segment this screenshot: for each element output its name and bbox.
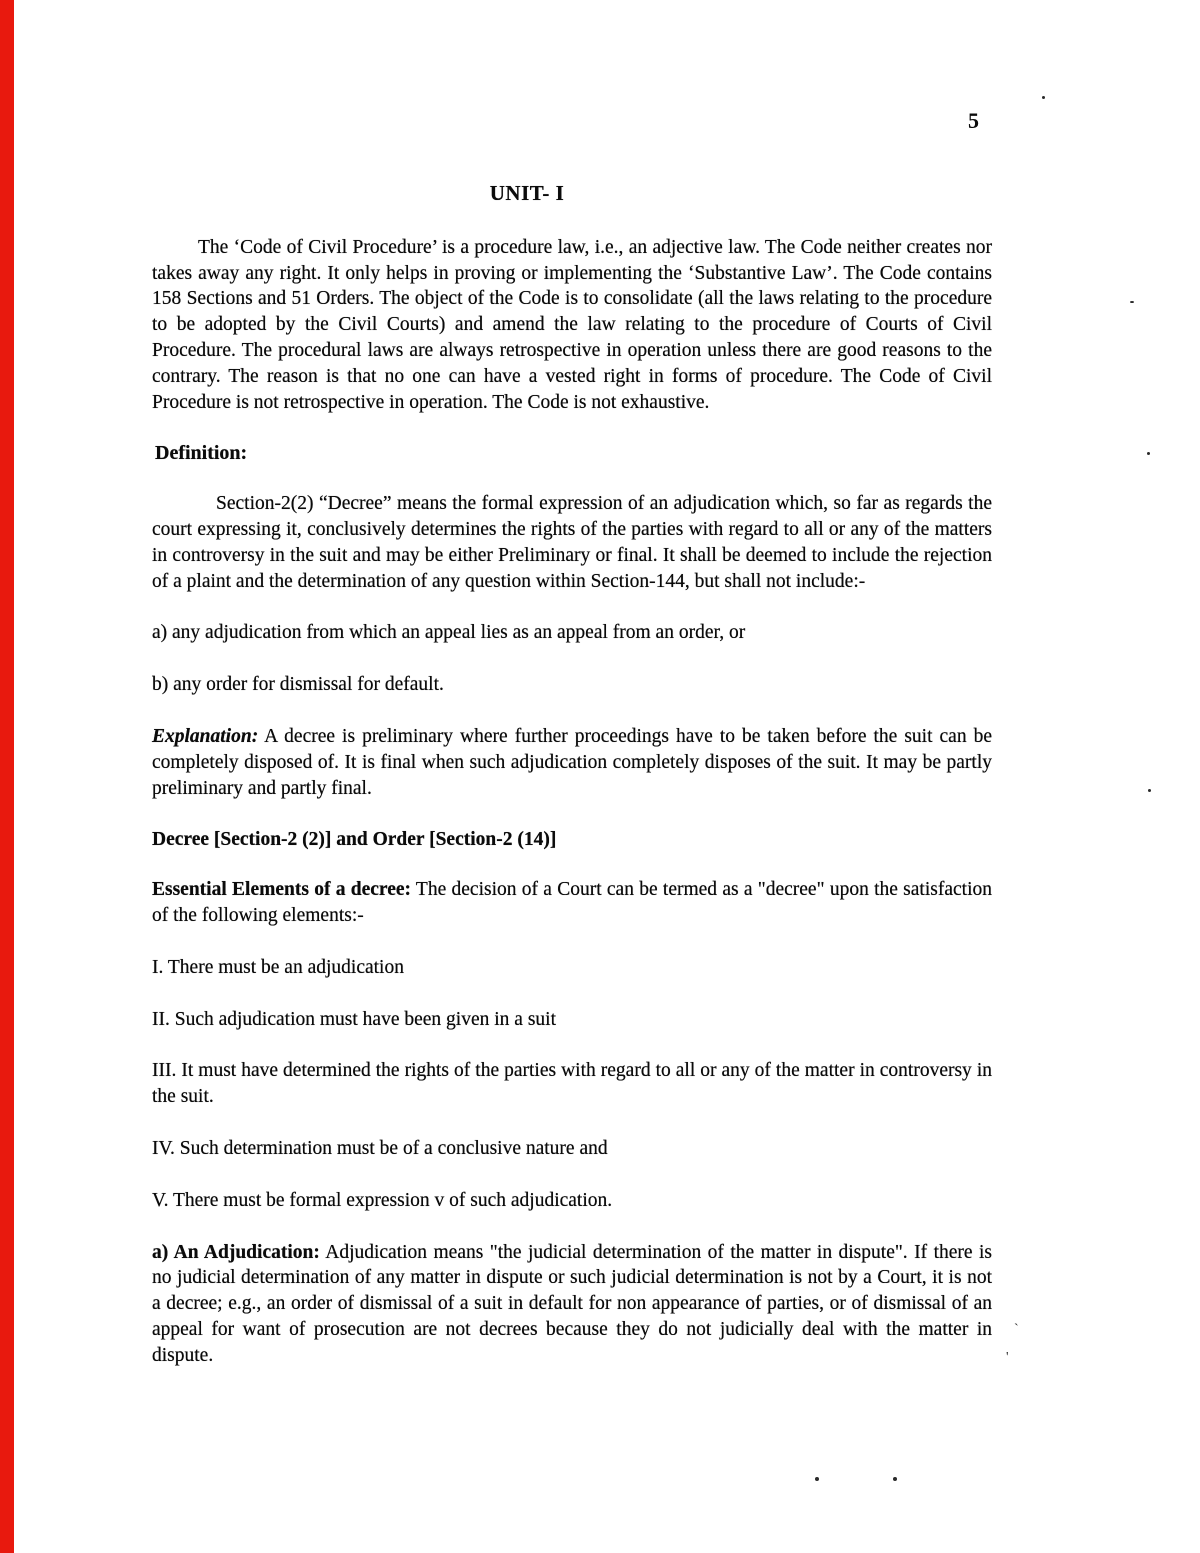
intro-paragraph: The ‘Code of Civil Procedure’ is a proce… [152, 235, 992, 416]
scan-speck: ` [1014, 1322, 1019, 1338]
explanation-label: Explanation: [152, 726, 258, 747]
red-edge-strip [0, 0, 14, 1553]
essential-elements-paragraph: Essential Elements of a decree: The deci… [152, 877, 992, 929]
scan-speck [1042, 96, 1045, 99]
decree-definition-paragraph: Section-2(2) “Decree” means the formal e… [152, 491, 992, 594]
decree-order-heading: Decree [Section-2 (2)] and Order [Sectio… [152, 827, 992, 853]
element-item-1: I. There must be an adjudication [152, 955, 992, 981]
element-item-4: IV. Such determination must be of a conc… [152, 1136, 992, 1162]
element-item-3: III. It must have determined the rights … [152, 1058, 992, 1110]
element-item-2: II. Such adjudication must have been giv… [152, 1007, 992, 1033]
explanation-paragraph: Explanation: A decree is preliminary whe… [152, 724, 992, 801]
scan-speck [815, 1477, 819, 1481]
scan-speck [1130, 301, 1134, 303]
clause-b: b) any order for dismissal for default. [152, 672, 992, 698]
page-number: 5 [968, 108, 980, 134]
scan-speck [1148, 789, 1151, 792]
page-content: UNIT- I The ‘Code of Civil Procedure’ is… [152, 181, 992, 1369]
adjudication-label: a) An Adjudication: [152, 1242, 320, 1263]
explanation-text: A decree is preliminary where further pr… [152, 726, 992, 799]
essential-elements-label: Essential Elements of a decree: [152, 879, 411, 900]
scan-speck [1147, 452, 1150, 455]
scanned-document-page: 5 UNIT- I The ‘Code of Civil Procedure’ … [0, 0, 1200, 1553]
adjudication-paragraph: a) An Adjudication: Adjudication means "… [152, 1240, 992, 1369]
scan-speck: ' [1006, 1350, 1009, 1366]
definition-heading: Definition: [155, 441, 992, 467]
unit-title: UNIT- I [107, 181, 947, 207]
element-item-5: V. There must be formal expression v of … [152, 1188, 992, 1214]
clause-a: a) any adjudication from which an appeal… [152, 620, 992, 646]
scan-speck [893, 1477, 897, 1481]
